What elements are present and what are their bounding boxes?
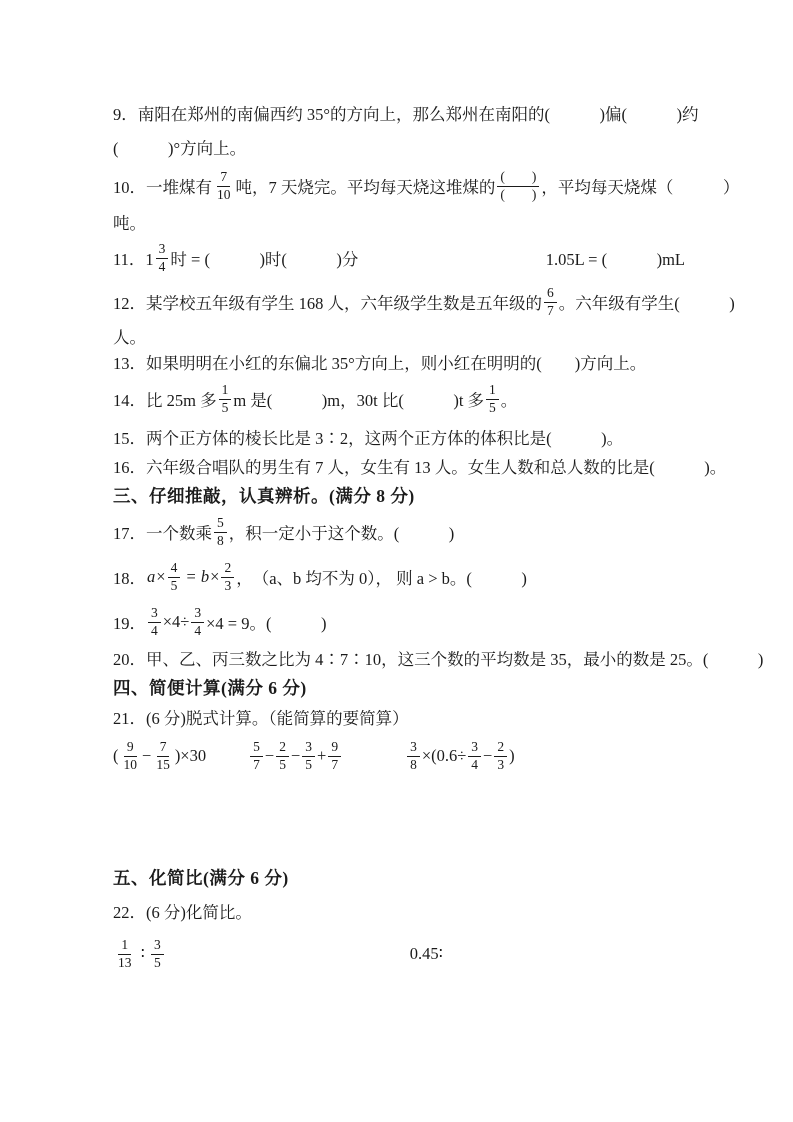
text-run: 五、化简比(满分 6 分) [113, 865, 289, 890]
q15-line: 15．两个正方体的棱长比是 3∶2，这两个正方体的体积比是( )。 [113, 422, 685, 452]
q12-line2: 人。 [113, 324, 685, 348]
denominator: 10 [214, 187, 234, 203]
denominator: ( ) [497, 187, 539, 203]
text-run: 1.05L = ( )mL [546, 246, 685, 270]
numerator: 1 [118, 937, 131, 954]
denominator: 5 [219, 400, 232, 416]
numerator: 3 [148, 605, 161, 622]
text-run: 时 = ( )时( )分 [170, 246, 358, 270]
q10-line2: 吨。 [113, 208, 685, 236]
q11-line: 11．134时 = ( )时( )分1.05L = ( )mL [113, 236, 685, 280]
numerator: 1 [486, 382, 499, 399]
text-run: − [483, 746, 492, 766]
text-run: 11．1 [113, 246, 154, 270]
fraction: 45 [168, 560, 181, 593]
variable-text: b [200, 567, 210, 587]
fraction: 23 [494, 739, 507, 772]
fraction: 34 [156, 241, 169, 274]
denominator: 4 [191, 623, 204, 639]
numerator: 3 [407, 739, 420, 756]
numerator: 2 [276, 739, 289, 756]
fraction: 97 [328, 739, 341, 772]
fraction: 35 [151, 937, 164, 970]
numerator: 4 [168, 560, 181, 577]
fraction: 715 [153, 739, 173, 772]
numerator: 3 [156, 241, 169, 258]
numerator: 3 [151, 937, 164, 954]
q22-line: 22．(6 分)化简比。 [113, 894, 685, 928]
text-run: 21．(6 分)脱式计算。（能简算的要简算） [113, 705, 409, 729]
denominator: 7 [544, 303, 557, 319]
text-run: ∶ [137, 944, 150, 964]
fraction: 34 [191, 605, 204, 638]
text-run: 17．一个数乘 [113, 520, 212, 544]
denominator: 5 [302, 757, 315, 773]
text-run: 人。 [113, 324, 146, 348]
fraction: 38 [407, 739, 420, 772]
text-run: ( )°方向上。 [113, 135, 246, 159]
fraction: 23 [221, 560, 234, 593]
fraction: 113 [115, 937, 135, 970]
text-run: 16．六年级合唱队的男生有 7 人，女生有 13 人。女生人数和总人数的比是( … [113, 454, 726, 478]
fraction: 67 [544, 285, 557, 318]
blank-fraction: ( )( ) [497, 169, 539, 202]
numerator: 3 [191, 605, 204, 622]
denominator: 3 [494, 757, 507, 773]
text-run: 10．一堆煤有 [113, 174, 212, 198]
text-run: 13．如果明明在小红的东偏北 35°方向上，则小红在明明的( )方向上。 [113, 350, 646, 374]
text-run: 吨。 [113, 210, 146, 234]
denominator: 4 [156, 259, 169, 275]
numerator: 1 [219, 382, 232, 399]
denominator: 10 [121, 757, 141, 773]
text-run: ×4÷ [163, 612, 190, 632]
sec5-heading: 五、化简比(满分 6 分) [113, 860, 685, 894]
text-run: 三、仔细推敲，认真辨析。(满分 8 分) [113, 483, 415, 508]
fraction: 15 [219, 382, 232, 415]
q14-line: 14．比 25m 多15m 是( )m，30t 比( )t 多15。 [113, 376, 685, 422]
worksheet-body: 9．南阳在郑州的南偏西约 35°的方向上，那么郑州在南阳的( )偏( )约( )… [113, 96, 685, 980]
text-run: 15．两个正方体的棱长比是 3∶2，这两个正方体的体积比是( )。 [113, 425, 623, 449]
denominator: 3 [221, 578, 234, 594]
text-run: ×(0.6÷ [422, 746, 466, 766]
fraction: 710 [214, 169, 234, 202]
fraction: 910 [121, 739, 141, 772]
q16-line: 16．六年级合唱队的男生有 7 人，女生有 13 人。女生人数和总人数的比是( … [113, 452, 685, 480]
q12-line1: 12．某学校五年级有学生 168 人，六年级学生数是五年级的67。六年级有学生(… [113, 280, 685, 324]
denominator: 8 [214, 533, 227, 549]
text-run: 四、简便计算(满分 6 分) [113, 675, 307, 700]
variable-text: a [146, 567, 156, 587]
sec4-heading: 四、简便计算(满分 6 分) [113, 672, 685, 702]
denominator: 5 [486, 400, 499, 416]
text-run: m 是( )m，30t 比( )t 多 [233, 387, 484, 411]
text-run: ×4 = 9。( ) [206, 610, 326, 634]
sec3-heading: 三、仔细推敲，认真辨析。(满分 8 分) [113, 480, 685, 510]
text-run: ，平均每天烧煤（ ） [541, 174, 739, 198]
q21-line: 21．(6 分)脱式计算。（能简算的要简算） [113, 702, 685, 732]
numerator: 7 [157, 739, 170, 756]
q22-expressions: 113 ∶ 350.45∶ [113, 928, 685, 980]
text-run: 14．比 25m 多 [113, 387, 217, 411]
fraction: 35 [302, 739, 315, 772]
text-run: = [182, 567, 200, 587]
fraction: 34 [148, 605, 161, 638]
text-run: × [210, 567, 219, 587]
q10-line1: 10．一堆煤有710吨，7 天烧完。平均每天烧这堆煤的( )( )，平均每天烧煤… [113, 164, 685, 208]
text-run: 吨，7 天烧完。平均每天烧这堆煤的 [236, 174, 496, 198]
text-run: − [142, 746, 151, 766]
numerator: 3 [468, 739, 481, 756]
text-run: 。六年级有学生( ) [559, 290, 735, 314]
text-run: 18． [113, 565, 146, 589]
q21-expressions: (910−715)×3057−25−35+9738×(0.6÷34−23) [113, 732, 685, 780]
numerator: 9 [124, 739, 137, 756]
denominator: 7 [328, 757, 341, 773]
numerator: 9 [328, 739, 341, 756]
denominator: 4 [148, 623, 161, 639]
text-run: − [265, 746, 274, 766]
denominator: 8 [407, 757, 420, 773]
q20-line: 20．甲、乙、丙三数之比为 4∶7∶10，这三个数的平均数是 35，最小的数是 … [113, 644, 685, 672]
numerator: 5 [250, 739, 263, 756]
text-run: 22．(6 分)化简比。 [113, 899, 252, 923]
fraction: 58 [214, 515, 227, 548]
text-run: ) [509, 746, 515, 766]
fraction: 34 [468, 739, 481, 772]
numerator: 3 [302, 739, 315, 756]
text-run: × [156, 567, 165, 587]
text-run: 0.45∶ [410, 944, 443, 964]
numerator: 7 [217, 169, 230, 186]
numerator: 2 [221, 560, 234, 577]
denominator: 5 [151, 955, 164, 971]
text-run: ， （a、b 均不为 0）， 则 a > b。( ) [236, 565, 527, 589]
denominator: 4 [468, 757, 481, 773]
text-run: ，积一定小于这个数。( ) [229, 520, 455, 544]
numerator: 6 [544, 285, 557, 302]
text-run: 19． [113, 610, 146, 634]
text-run: 12．某学校五年级有学生 168 人，六年级学生数是五年级的 [113, 290, 542, 314]
numerator: 5 [214, 515, 227, 532]
q9-line2: ( )°方向上。 [113, 130, 685, 164]
numerator: ( ) [497, 169, 539, 186]
q9-line1: 9．南阳在郑州的南偏西约 35°的方向上，那么郑州在南阳的( )偏( )约 [113, 96, 685, 130]
denominator: 5 [276, 757, 289, 773]
text-run: + [317, 746, 326, 766]
text-run: 9．南阳在郑州的南偏西约 35°的方向上，那么郑州在南阳的( )偏( )约 [113, 101, 698, 125]
worksheet-page: { "page": { "background": "#ffffff", "te… [0, 0, 793, 1122]
fraction: 15 [486, 382, 499, 415]
q17-line: 17．一个数乘58，积一定小于这个数。( ) [113, 510, 685, 554]
fraction: 57 [250, 739, 263, 772]
text-run: 。 [501, 387, 518, 411]
fraction: 25 [276, 739, 289, 772]
denominator: 15 [153, 757, 173, 773]
denominator: 5 [168, 578, 181, 594]
q19-line: 19．34×4÷34×4 = 9。( ) [113, 600, 685, 644]
q18-line: 18．a×45 = b×23， （a、b 均不为 0）， 则 a > b。( ) [113, 554, 685, 600]
denominator: 7 [250, 757, 263, 773]
text-run: ( [113, 746, 119, 766]
q13-line: 13．如果明明在小红的东偏北 35°方向上，则小红在明明的( )方向上。 [113, 348, 685, 376]
text-run: 20．甲、乙、丙三数之比为 4∶7∶10，这三个数的平均数是 35，最小的数是 … [113, 646, 763, 670]
numerator: 2 [494, 739, 507, 756]
text-run: − [291, 746, 300, 766]
text-run: )×30 [175, 746, 206, 766]
denominator: 13 [115, 955, 135, 971]
